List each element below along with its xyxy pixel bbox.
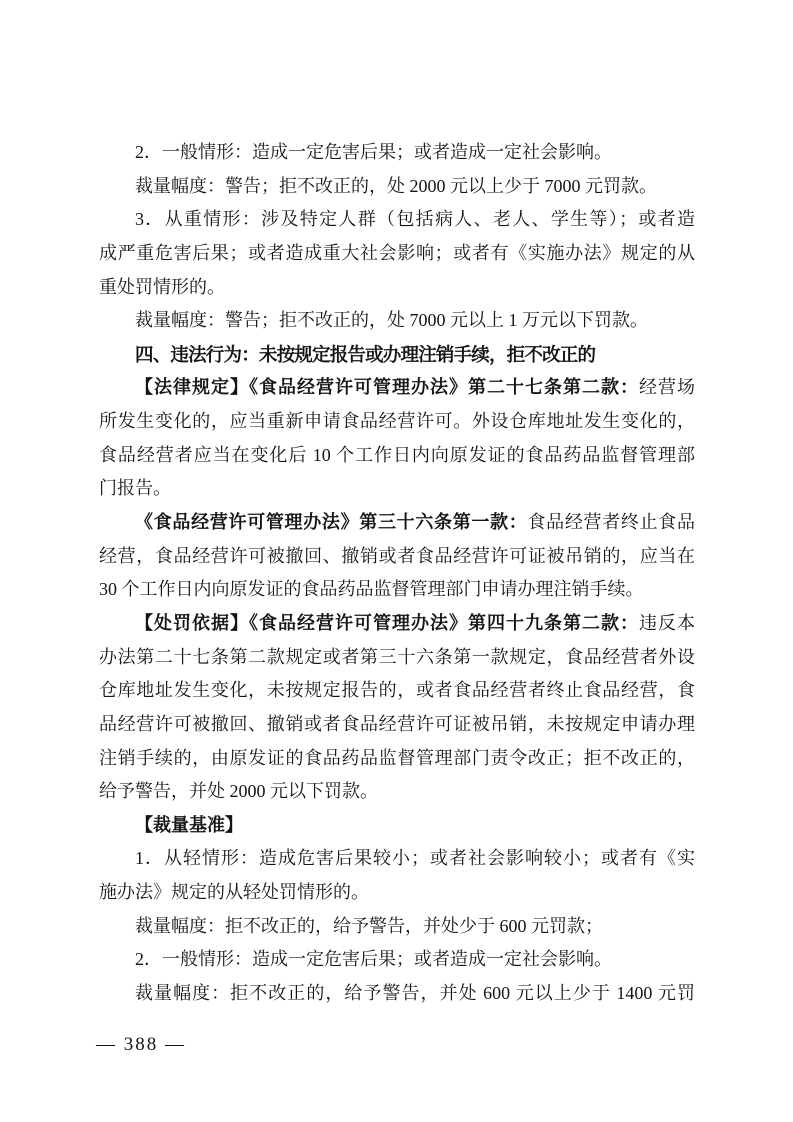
text-line: 裁量幅度：拒不改正的，给予警告，并处少于 600 元罚款；: [99, 910, 695, 944]
text-segment: 所发生变化的，应当重新申请食品经营许可。外设仓库地址发生变化的，: [99, 411, 695, 431]
text-line: 重处罚情形的。: [99, 271, 695, 305]
text-segment: 3．从重情形：涉及特定人群（包括病人、老人、学生等）；或者造: [135, 209, 695, 229]
text-line: 给予警告，并处 2000 元以下罚款。: [99, 775, 695, 809]
text-segment: 裁量幅度：拒不改正的，给予警告，并处少于 600 元罚款；: [135, 916, 603, 936]
text-line: 所发生变化的，应当重新申请食品经营许可。外设仓库地址发生变化的，: [99, 405, 695, 439]
text-segment: 【处罚依据】《食品经营许可管理办法》第四十九条第二款：: [135, 613, 639, 633]
text-line: 2．一般情形：造成一定危害后果；或者造成一定社会影响。: [99, 136, 695, 170]
text-segment: 【法律规定】《食品经营许可管理办法》第二十七条第二款：: [135, 377, 639, 397]
text-segment: 2．一般情形：造成一定危害后果；或者造成一定社会影响。: [135, 142, 612, 162]
text-line: 《食品经营许可管理办法》第三十六条第一款：食品经营者终止食品: [99, 506, 695, 540]
text-line: 3．从重情形：涉及特定人群（包括病人、老人、学生等）；或者造: [99, 203, 695, 237]
text-line: 30 个工作日内向原发证的食品药品监督管理部门申请办理注销手续。: [99, 573, 695, 607]
section-heading-text: 四、违法行为：未按规定报告或办理注销手续，拒不改正的: [135, 344, 595, 365]
page-number-footer: — 388 —: [96, 1033, 186, 1057]
document-page: 2．一般情形：造成一定危害后果；或者造成一定社会影响。裁量幅度：警告；拒不改正的…: [0, 0, 793, 1122]
text-line: 四、违法行为：未按规定报告或办理注销手续，拒不改正的: [99, 338, 695, 372]
text-segment: 《食品经营许可管理办法》第三十六条第一款：: [135, 512, 527, 532]
text-line: 2．一般情形：造成一定危害后果；或者造成一定社会影响。: [99, 943, 695, 977]
text-line: 1．从轻情形：造成危害后果较小；或者社会影响较小；或者有《实: [99, 842, 695, 876]
text-segment: 裁量幅度：警告；拒不改正的，处 2000 元以上少于 7000 元罚款。: [135, 176, 657, 196]
text-segment: 注销手续的，由原发证的食品药品监督管理部门责令改正；拒不改正的，: [99, 748, 695, 768]
text-line: 裁量幅度：警告；拒不改正的，处 2000 元以上少于 7000 元罚款。: [99, 170, 695, 204]
text-segment: 食品经营者应当在变化后 10 个工作日内向原发证的食品药品监督管理部: [99, 445, 695, 465]
text-line: 经营，食品经营许可被撤回、撤销或者食品经营许可证被吊销的，应当在: [99, 540, 695, 574]
text-segment: 2．一般情形：造成一定危害后果；或者造成一定社会影响。: [135, 949, 612, 969]
text-segment: 裁量幅度：警告；拒不改正的，处 7000 元以上 1 万元以下罚款。: [135, 310, 648, 330]
text-line: 门报告。: [99, 472, 695, 506]
text-line: 施办法》规定的从轻处罚情形的。: [99, 876, 695, 910]
text-line: 成严重危害后果；或者造成重大社会影响；或者有《实施办法》规定的从: [99, 237, 695, 271]
text-segment: 给予警告，并处 2000 元以下罚款。: [99, 781, 378, 801]
text-segment: 成严重危害后果；或者造成重大社会影响；或者有《实施办法》规定的从: [99, 243, 695, 263]
text-segment: 仓库地址发生变化，未按规定报告的，或者食品经营者终止食品经营，食: [99, 680, 695, 700]
text-segment: 重处罚情形的。: [99, 277, 225, 297]
text-line: 裁量幅度：警告；拒不改正的，处 7000 元以上 1 万元以下罚款。: [99, 304, 695, 338]
text-segment: 食品经营者终止食品: [527, 512, 695, 532]
text-line: 【处罚依据】《食品经营许可管理办法》第四十九条第二款：违反本: [99, 607, 695, 641]
text-line: 品经营许可被撤回、撤销或者食品经营许可证被吊销，未按规定申请办理: [99, 708, 695, 742]
text-segment: 门报告。: [99, 478, 171, 498]
text-segment: 施办法》规定的从轻处罚情形的。: [99, 882, 369, 902]
text-line: 办法第二十七条第二款规定或者第三十六条第一款规定，食品经营者外设: [99, 641, 695, 675]
text-segment: 品经营许可被撤回、撤销或者食品经营许可证被吊销，未按规定申请办理: [99, 714, 695, 734]
text-line: 裁量幅度：拒不改正的，给予警告，并处 600 元以上少于 1400 元罚: [99, 977, 695, 1011]
document-body: 2．一般情形：造成一定危害后果；或者造成一定社会影响。裁量幅度：警告；拒不改正的…: [99, 136, 695, 1011]
text-line: 食品经营者应当在变化后 10 个工作日内向原发证的食品药品监督管理部: [99, 439, 695, 473]
text-segment: 【裁量基准】: [135, 815, 243, 835]
text-line: 【裁量基准】: [99, 809, 695, 843]
text-segment: 1．从轻情形：造成危害后果较小；或者社会影响较小；或者有《实: [135, 848, 695, 868]
text-line: 【法律规定】《食品经营许可管理办法》第二十七条第二款：经营场: [99, 371, 695, 405]
text-line: 仓库地址发生变化，未按规定报告的，或者食品经营者终止食品经营，食: [99, 674, 695, 708]
text-segment: 经营，食品经营许可被撤回、撤销或者食品经营许可证被吊销的，应当在: [99, 546, 695, 566]
text-line: 注销手续的，由原发证的食品药品监督管理部门责令改正；拒不改正的，: [99, 742, 695, 776]
text-segment: 经营场: [639, 377, 695, 397]
text-segment: 裁量幅度：拒不改正的，给予警告，并处 600 元以上少于 1400 元罚: [135, 983, 695, 1003]
text-segment: 30 个工作日内向原发证的食品药品监督管理部门申请办理注销手续。: [99, 579, 644, 599]
text-segment: 违反本: [639, 613, 695, 633]
text-segment: 办法第二十七条第二款规定或者第三十六条第一款规定，食品经营者外设: [99, 647, 695, 667]
